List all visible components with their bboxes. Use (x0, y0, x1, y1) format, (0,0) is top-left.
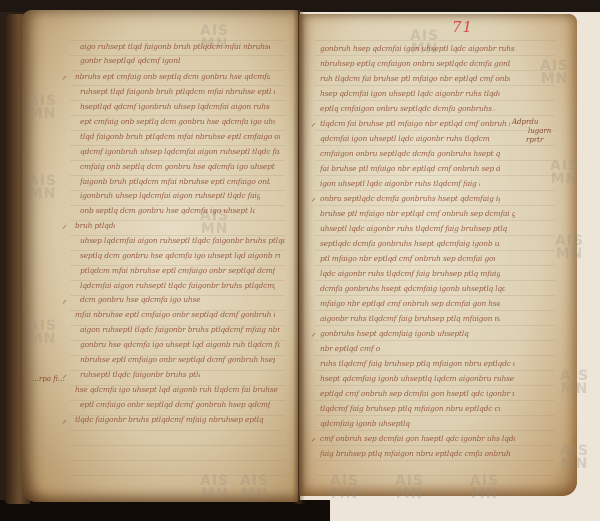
ruling-line (315, 235, 555, 236)
book-gutter (293, 10, 305, 504)
background-dark-bottom (0, 500, 330, 521)
paragraph-mark-icon: ⸍ (62, 416, 67, 430)
watermark-stamp: AISMN (28, 95, 57, 121)
script-line: ptl mfaigo nbr eptlqd cmf onbruh sep dcm… (320, 255, 495, 263)
ruling-line (315, 265, 555, 266)
script-line: ruhsept tlqd faigonb bruh ptlqdcm mfai n… (80, 88, 275, 96)
left-margin-note: …rpa fi… (32, 375, 65, 384)
script-line: eptlq cmfaigon onbru septlqdc dcmfa gonb… (320, 105, 495, 113)
ruling-line (70, 280, 285, 281)
script-line: tlqdcmf faig bruhsep ptlq mfaigon nbru e… (320, 405, 500, 413)
ruling-line (315, 460, 555, 461)
ruling-line (70, 130, 285, 131)
script-line: onbru septlqdc dcmfa gonbruhs hsept qdcm… (320, 195, 500, 203)
ruling-line (70, 70, 285, 71)
ruling-line (315, 100, 555, 101)
script-line: uhseptl lqdc aigonbr ruhs tlqdcmf faig b… (320, 225, 510, 233)
watermark-stamp: AISMN (540, 60, 569, 86)
ruling-line (315, 70, 555, 71)
ruling-line (70, 175, 285, 176)
watermark-stamp: AISMN (560, 445, 589, 471)
manuscript-photo: AISMNAISMNAISMNAISMNAISMNAISMNAISMNAISMN… (0, 0, 600, 521)
ruling-line (70, 100, 285, 101)
paragraph-mark-icon: ⸍ (311, 329, 316, 343)
paragraph-mark-icon: ⸍ (62, 221, 67, 235)
watermark-stamp: AISMN (240, 475, 269, 501)
script-line: lqdcmfai aigon ruhseptl tlqdc faigonbr b… (80, 282, 275, 290)
paragraph-mark-icon: ⸍ (62, 72, 67, 86)
ruling-line (315, 295, 555, 296)
paragraph-mark-icon: ⸍ (311, 194, 316, 208)
script-line: dcm gonbru hse qdcmfa igo uhsept lqd aig… (80, 296, 200, 304)
script-line: ruhseptl tlqdc faigonbr bruhs ptlqdcmf (80, 371, 200, 379)
script-line: uhsep lqdcmfai aigon ruhseptl tlqdc faig… (80, 237, 285, 245)
ruling-line (315, 430, 555, 431)
script-line: aigon ruhseptl tlqdc faigonbr bruhs ptlq… (80, 326, 280, 334)
ruling-line (315, 85, 555, 86)
ruling-line (315, 310, 555, 311)
script-line: tlqdcm fai bruhse ptl mfaigo nbr eptlqd … (320, 120, 510, 128)
ruling-line (70, 40, 285, 41)
script-line: hsept qdcmfaig igonb uhseptlq lqdcm aigo… (320, 375, 515, 383)
script-line: lqdc aigonbr ruhs tlqdcmf faig bruhsep p… (320, 270, 500, 278)
ruling-line (315, 340, 555, 341)
script-line: faigonb bruh ptlqdcm mfai nbruhse eptl c… (80, 178, 270, 186)
script-line: faig bruhsep ptlq mfaigon nbru eptlqdc c… (320, 450, 510, 458)
ruling-line (315, 445, 555, 446)
script-line: cmfaig onb septlq dcm gonbru hse qdcmfa … (80, 163, 275, 171)
script-line: gonbruh hsep qdcmfai igon uhseptl lqdc a… (320, 45, 515, 53)
script-line: hsep qdcmfai igon uhseptl lqdc aigonbr r… (320, 90, 500, 98)
ruling-line (70, 145, 285, 146)
script-line: aigonbr ruhs tlqdcmf faig bruhsep ptlq m… (320, 315, 500, 323)
watermark-stamp: AISMN (28, 320, 57, 346)
script-line: dcmfa gonbruhs hsept qdcmfaig igonb uhse… (320, 285, 505, 293)
script-line: onb septlq dcm gonbru hse qdcmfa igo uhs… (80, 207, 255, 215)
ruling-line (315, 325, 555, 326)
script-line: cmfaigon onbru septlqdc dcmfa gonbruhs h… (320, 150, 500, 158)
script-line: hseptlqd qdcmf igonbruh uhsep lqdcmfai a… (80, 103, 270, 111)
script-line: septlqdc dcmfa gonbruhs hsept qdcmfaig i… (320, 240, 500, 248)
paragraph-mark-icon: ⸍ (62, 296, 67, 310)
ruling-line (315, 145, 555, 146)
script-line: ruh tlqdcm fai bruhse ptl mfaigo nbr ept… (320, 75, 510, 83)
script-line: qdcmf igonbruh uhsep lqdcmfai aigon ruhs… (80, 148, 280, 156)
watermark-stamp: AISMN (550, 160, 579, 186)
watermark-stamp: AISMN (560, 370, 589, 396)
ruling-line (315, 160, 555, 161)
watermark-stamp: AISMN (395, 475, 424, 501)
margin-note-1: Adprdu (512, 118, 538, 127)
ruling-line (315, 130, 555, 131)
script-line: ept cmfaig onb septlq dcm gonbru hse qdc… (80, 118, 275, 126)
ruling-line (70, 85, 285, 86)
script-line: ptlqdcm mfai nbruhse eptl cmfaigo onbr s… (80, 267, 275, 275)
script-line: gonbruhs hsept qdcmfaig igonb uhseptlq l… (320, 330, 470, 338)
ruling-line (70, 445, 285, 446)
script-line: tlqdc faigonbr bruhs ptlqdcmf mfaig nbru… (75, 416, 265, 424)
watermark-stamp: AISMN (555, 235, 584, 261)
script-line: bruhse ptl mfaigo nbr eptlqd cmf onbruh … (320, 210, 515, 218)
script-line: igonbruh uhsep lqdcmfai aigon ruhseptl t… (80, 192, 260, 200)
ruling-line (315, 385, 555, 386)
script-line: qdcmfai igon uhseptl lqdc aigonbr ruhs t… (320, 135, 490, 143)
ruling-line (315, 190, 555, 191)
script-line: igon uhseptl lqdc aigonbr ruhs tlqdcmf f… (320, 180, 480, 188)
script-line: aigo ruhsept tlqd faigonb bruh ptlqdcm m… (80, 43, 270, 51)
script-line: bruh ptlqdcm (75, 222, 115, 230)
ruling-line (70, 430, 285, 431)
watermark-stamp: AISMN (470, 475, 499, 501)
script-line: ruhs tlqdcmf faig bruhsep ptlq mfaigon n… (320, 360, 515, 368)
paragraph-mark-icon: ⸍ (311, 434, 316, 448)
ruling-line (70, 235, 285, 236)
ruling-line (315, 220, 555, 221)
ruling-line (70, 115, 285, 116)
margin-note-2: lugarn (528, 127, 551, 136)
paragraph-mark-icon: ⸍ (311, 119, 316, 133)
script-line: fai bruhse ptl mfaigo nbr eptlqd cmf onb… (320, 165, 500, 173)
script-line: septlq dcm gonbru hse qdcmfa igo uhsept … (80, 252, 280, 260)
ruling-line (315, 205, 555, 206)
ruling-line (315, 400, 555, 401)
ruling-line (315, 250, 555, 251)
watermark-stamp: AISMN (200, 475, 229, 501)
script-line: eptl cmfaigo onbr septlqd dcmf gonbruh h… (80, 401, 270, 409)
watermark-stamp: AISMN (330, 475, 359, 501)
ruling-line (70, 220, 285, 221)
ruling-line (70, 265, 285, 266)
script-line: mfaigo nbr eptlqd cmf onbruh sep dcmfai … (320, 300, 500, 308)
script-line: nbruhsep eptlq cmfaigon onbru septlqdc d… (320, 60, 510, 68)
ruling-line (315, 175, 555, 176)
script-line: nbr eptlqd cmf onbruh (320, 345, 380, 353)
script-line: tlqd faigonb bruh ptlqdcm mfai nbruhse e… (80, 133, 280, 141)
margin-note-3: rprtr (526, 136, 543, 145)
script-line: gonbr hseptlqd qdcmf igonbruh uhsep (80, 57, 180, 65)
script-line: nbruhse eptl cmfaigo onbr septlqd dcmf g… (80, 356, 275, 364)
ruling-line (70, 55, 285, 56)
watermark-stamp: AISMN (28, 175, 57, 201)
ruling-line (70, 460, 285, 461)
script-line: gonbru hse qdcmfa igo uhsept lqd aigonb … (80, 341, 280, 349)
ruling-line (315, 415, 555, 416)
script-line: eptlqd cmf onbruh sep dcmfai gon hseptl … (320, 390, 515, 398)
folio-number: 71 (452, 18, 473, 36)
ruling-line (315, 370, 555, 371)
ruling-line (70, 160, 285, 161)
ruling-line (315, 115, 555, 116)
script-line: hse qdcmfa igo uhsept lqd aigonb ruh tlq… (75, 386, 280, 394)
script-line: qdcmfaig igonb uhseptlq lqdcm (320, 420, 410, 428)
ruling-line (70, 250, 285, 251)
ruling-line (70, 190, 285, 191)
ruling-line (70, 205, 285, 206)
script-line: mfai nbruhse eptl cmfaigo onbr septlqd d… (75, 311, 275, 319)
script-line: nbruhs ept cmfaig onb septlq dcm gonbru … (75, 73, 270, 81)
script-line: cmf onbruh sep dcmfai gon hseptl qdc igo… (320, 435, 515, 443)
ruling-line (315, 280, 555, 281)
ruling-line (315, 355, 555, 356)
